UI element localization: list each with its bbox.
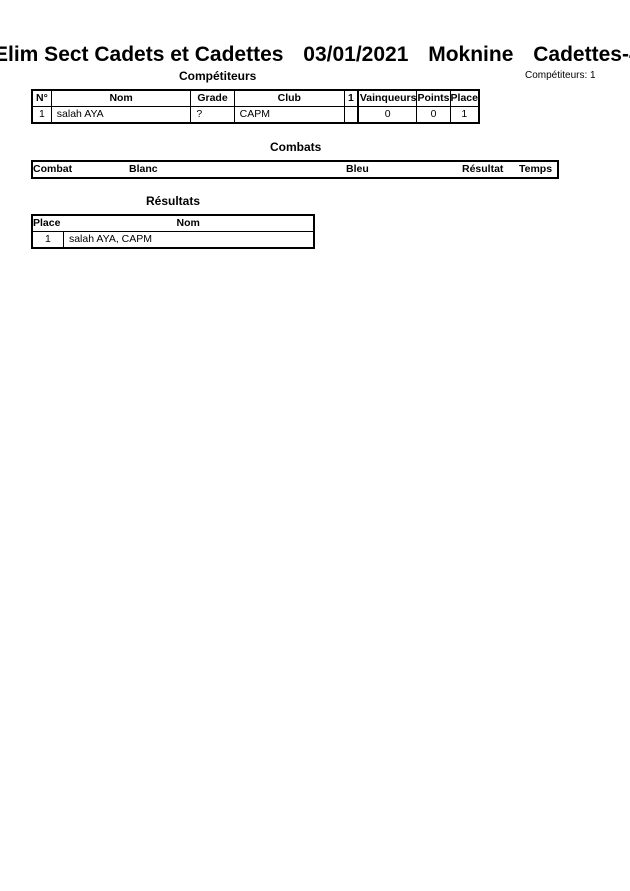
col-header-place: Place: [32, 215, 63, 232]
col-header-white: Blanc: [129, 163, 158, 175]
col-header-points: Points: [417, 90, 450, 107]
col-header-number: N°: [32, 90, 51, 107]
col-header-round-1: 1: [344, 90, 357, 107]
results-header-row: Place Nom: [32, 215, 314, 232]
col-header-blue: Bleu: [346, 163, 369, 175]
competitor-place: 1: [450, 107, 479, 124]
col-header-wins: Vainqueurs: [358, 90, 417, 107]
results-table: Place Nom 1 salah AYA, CAPM: [31, 214, 315, 249]
competitor-round-1: [344, 107, 357, 124]
competitor-grade: ?: [191, 107, 234, 124]
results-section-title: Résultats: [146, 194, 200, 208]
col-header-name: Nom: [51, 90, 191, 107]
event-location: Moknine: [428, 43, 513, 66]
result-name: salah AYA, CAPM: [63, 232, 314, 249]
combats-table-header: Combat Blanc Bleu Résultat Temps: [31, 160, 559, 179]
col-header-place: Place: [450, 90, 479, 107]
col-header-grade: Grade: [191, 90, 234, 107]
combats-section-title: Combats: [270, 140, 321, 154]
event-category: Cadettes-40: [533, 43, 630, 66]
page-title: Elim Sect Cadets et Cadettes 03/01/2021 …: [0, 43, 630, 67]
competitor-points: 0: [417, 107, 450, 124]
competitor-club: CAPM: [234, 107, 344, 124]
table-row: 1 salah AYA, CAPM: [32, 232, 314, 249]
competitors-section-title: Compétiteurs: [179, 69, 256, 83]
col-header-name: Nom: [63, 215, 314, 232]
competitors-count: Compétiteurs: 1: [525, 70, 596, 81]
col-header-club: Club: [234, 90, 344, 107]
col-header-result: Résultat: [462, 163, 503, 175]
competitor-wins: 0: [358, 107, 417, 124]
col-header-time: Temps: [519, 163, 552, 175]
competitor-number: 1: [32, 107, 51, 124]
event-date: 03/01/2021: [303, 43, 408, 66]
col-header-combat: Combat: [33, 163, 72, 175]
table-row: 1 salah AYA ? CAPM 0 0 1: [32, 107, 479, 124]
competitors-header-row: N° Nom Grade Club 1 Vainqueurs Points Pl…: [32, 90, 479, 107]
competitors-table: N° Nom Grade Club 1 Vainqueurs Points Pl…: [31, 89, 480, 124]
result-place: 1: [32, 232, 63, 249]
event-name: Elim Sect Cadets et Cadettes: [0, 43, 283, 66]
competitor-name: salah AYA: [51, 107, 191, 124]
